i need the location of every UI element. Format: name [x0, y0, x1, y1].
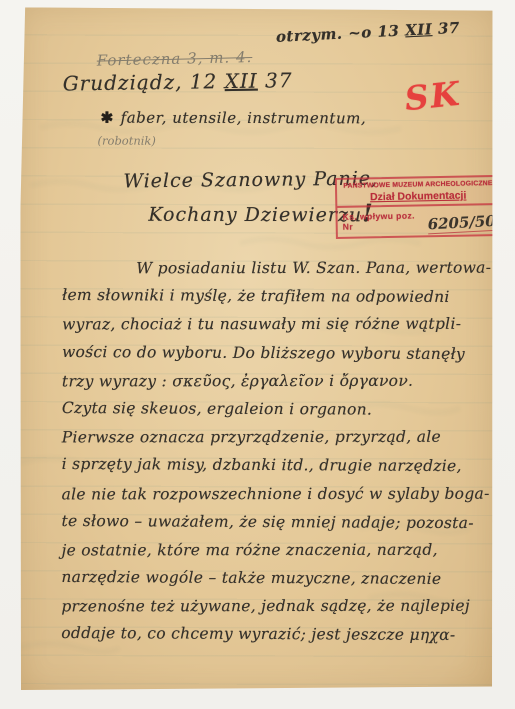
footnote-text: faber, utensile, instrumentum, [121, 109, 366, 128]
received-note-text: otrzym. ~o 13 [275, 22, 399, 46]
letter-page: otrzym. ~o 13 XII 37 Forteczna 3, m. 4. … [19, 7, 494, 692]
stamp-header-box: PAŃSTWOWE MUZEUM ARCHEOLOGICZNE Dział Do… [335, 175, 502, 208]
stamp-entry-label: Ks. wpływu poz. Nr [342, 210, 423, 231]
letter-line: przenośne też używane, jednak sądzę, że … [61, 592, 481, 621]
salutation-text: Kochany Dziewierzu [148, 204, 362, 227]
letter-line: je ostatnie, które ma różne znaczenia, n… [61, 536, 481, 565]
letter-line: łem słowniki i myślę, że trafiłem na odp… [62, 281, 482, 311]
dateline-month: XII [224, 69, 257, 93]
stamp-department: Dział Dokumentacji [340, 189, 496, 204]
letter-line: trzy wyrazy : σκεῦος, ἐργαλεῖον i ὄργανο… [62, 366, 482, 395]
red-crayon-mark: SK [403, 74, 463, 119]
letter-line: Czyta się skeuos, ergaleion i organon. [62, 394, 482, 424]
letter-line: te słowo – uważałem, że się mniej nadaje… [61, 507, 481, 537]
footnote-line: ✱faber, utensile, instrumentum, [101, 109, 367, 128]
letter-line: oddaje to, co chcemy wyrazić; jest jeszc… [61, 619, 481, 649]
museum-stamp: PAŃSTWOWE MUZEUM ARCHEOLOGICZNE Dział Do… [335, 175, 502, 239]
letter-line: wyraz, chociaż i tu nasuwały mi się różn… [62, 310, 482, 339]
letter-line: W posiadaniu listu W. Szan. Pana, wertow… [62, 254, 482, 283]
asterisk-marker: ✱ [101, 109, 114, 127]
letter-line: narzędzie wogóle – także muzyczne, znacz… [61, 563, 481, 593]
dateline: Grudziądz, 12 XII 37 [63, 68, 293, 95]
letter-line: wości co do wyboru. Do bliższego wyboru … [62, 338, 482, 368]
received-note-month: XII [405, 20, 433, 39]
received-note: otrzym. ~o 13 XII 37 [275, 19, 460, 46]
letter-line: Pierwsze oznacza przyrządzenie, przyrząd… [62, 423, 482, 452]
address-line: Forteczna 3, m. 4. [97, 48, 253, 70]
dateline-year: 37 [265, 68, 293, 92]
document-scan: otrzym. ~o 13 XII 37 Forteczna 3, m. 4. … [0, 0, 515, 709]
letter-line: i sprzęty jak misy, dzbanki itd., drugie… [62, 450, 482, 480]
accession-number: 6205/50 [427, 212, 496, 235]
letter-body: W posiadaniu listu W. Szan. Pana, wertow… [61, 253, 482, 649]
stamp-institution: PAŃSTWOWE MUZEUM ARCHEOLOGICZNE [340, 180, 496, 190]
footnote-gloss: (robotnik) [98, 134, 156, 148]
received-note-year: 37 [438, 19, 461, 38]
stamp-entry-box: Ks. wpływu poz. Nr 6205/50 [335, 205, 502, 239]
letter-line: ale nie tak rozpowszechnione i dosyć w s… [62, 479, 482, 508]
dateline-place-day: Grudziądz, 12 [63, 69, 218, 95]
